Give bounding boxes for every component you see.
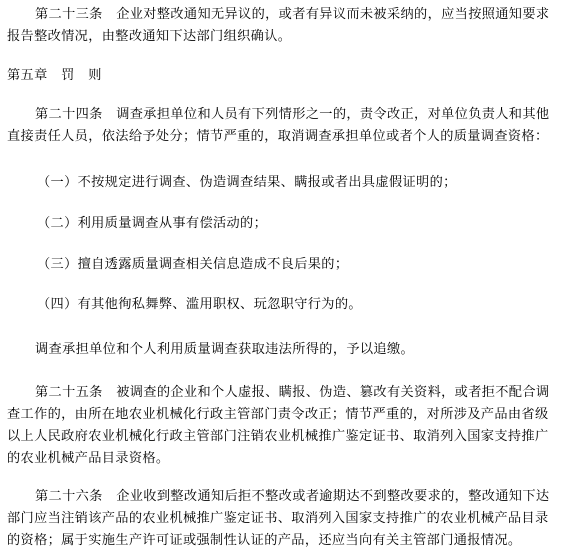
- article-25-line-2: 查工作的，由所在地农业机械化行政主管部门责令改正；情节严重的，对所涉及产品由省级: [7, 404, 549, 426]
- article-23-line-1: 第二十三条 企业对整改通知无异议的，或者有异议而未被采纳的，应当按照通知要求: [35, 4, 549, 26]
- article-26-line-1: 第二十六条 企业收到整改通知后拒不整改或者逾期达不到整改要求的，整改通知下达: [35, 486, 549, 508]
- article-25-line-3: 以上人民政府农业机械化行政主管部门注销农业机械推广鉴定证书、取消列入国家支持推广: [7, 426, 549, 448]
- article-24-line-1: 第二十四条 调查承担单位和人员有下列情形之一的，责令改正，对单位负责人和其他: [35, 104, 549, 126]
- article-24-item-1: （一）不按规定进行调查、伪造调查结果、瞒报或者出具虚假证明的；: [37, 172, 457, 194]
- article-26-line-3: 的资格；属于实施生产许可证或强制性认证的产品，还应当向有关主管部门通报情况。: [7, 530, 521, 550]
- article-24-item-4: （四）有其他徇私舞弊、滥用职权、玩忽职守行为的。: [37, 294, 362, 316]
- article-26-line-2: 部门应当注销该产品的农业机械推广鉴定证书、取消列入国家支持推广的农业机械产品目录: [7, 508, 549, 530]
- article-23-line-2: 报告整改情况，由整改通知下达部门组织确认。: [7, 26, 291, 48]
- article-24-item-2: （二）利用质量调查从事有偿活动的；: [37, 213, 267, 235]
- article-25-line-1: 第二十五条 被调查的企业和个人虚报、瞒报、伪造、篡改有关资料，或者拒不配合调: [35, 382, 549, 404]
- article-25-line-4: 的农业机械产品目录资格。: [7, 448, 169, 470]
- chapter-5-heading: 第五章 罚 则: [7, 65, 102, 87]
- article-24-item-3: （三）擅自透露质量调查相关信息造成不良后果的；: [37, 254, 348, 276]
- article-24-line-2: 直接责任人员，依法给予处分；情节严重的，取消调查承担单位或者个人的质量调查资格：: [7, 126, 549, 148]
- article-24-closing: 调查承担单位和个人利用质量调查获取违法所得的，予以追缴。: [35, 339, 414, 361]
